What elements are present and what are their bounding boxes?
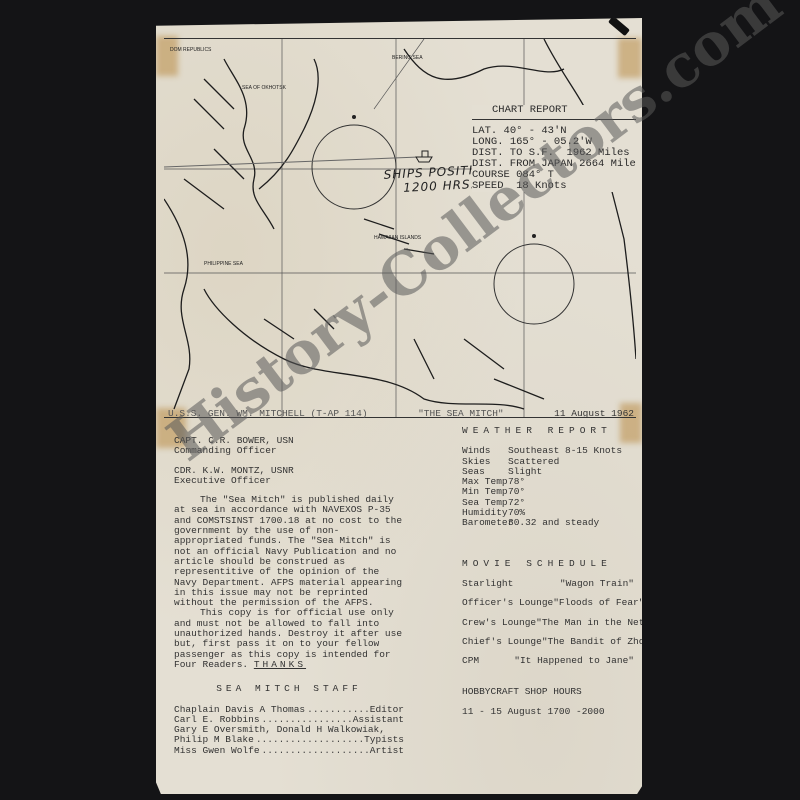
ship-name: U.S.S. GEN. WM. MITCHELL (T-AP 114) (168, 408, 368, 419)
staff-row: Miss Gwen Wolfe.........................… (174, 746, 404, 756)
chart-report-title: CHART REPORT (472, 105, 636, 120)
weather-title: WEATHER REPORT (462, 426, 634, 436)
movie-row: Chief's Lounge"The Bandit of Zhobe" (462, 637, 634, 647)
hobby-title: HOBBYCRAFT SHOP HOURS (462, 687, 634, 697)
chart-report: CHART REPORT LAT. 40° - 43'N LONG. 165° … (472, 105, 636, 192)
staff-row: Philip M Blake..........................… (174, 735, 404, 745)
movie-row: CPM"It Happened to Jane" (462, 656, 634, 666)
paper-clip-mark (608, 16, 630, 36)
svg-text:HAWAIIAN ISLANDS: HAWAIIAN ISLANDS (374, 235, 422, 241)
left-column: CAPT. C.R. BOWER, USN Commanding Officer… (174, 436, 404, 756)
movie-row: Officer's Lounge"Floods of Fear" (462, 598, 634, 608)
thanks-text: THANKS (254, 659, 306, 670)
map-drawing: DOM REPUBLICS SEA OF OKHOTSK BERING SEA … (164, 39, 636, 417)
svg-text:BERING SEA: BERING SEA (392, 55, 423, 61)
movie-row: Starlight"Wagon Train" (462, 579, 634, 589)
hobby-hours: 11 - 15 August 1700 -2000 (462, 707, 634, 717)
staff-title: SEA MITCH STAFF (174, 684, 404, 694)
chart-report-row: SPEED 18 Knots (472, 181, 636, 192)
officer-title: Executive Officer (174, 476, 404, 486)
movie-row: Crew's Lounge"The Man in the Net" (462, 618, 634, 628)
usage-paragraph: This copy is for official use only and m… (174, 608, 404, 670)
staff-row: Carl E. Robbins.........................… (174, 715, 404, 725)
weather-row: Barometer30.32 and steady (462, 518, 634, 528)
pacific-map: DOM REPUBLICS SEA OF OKHOTSK BERING SEA … (164, 38, 636, 418)
masthead: U.S.S. GEN. WM. MITCHELL (T-AP 114) "THE… (168, 408, 634, 419)
newsletter-page: DOM REPUBLICS SEA OF OKHOTSK BERING SEA … (156, 18, 642, 794)
staff-row: Chaplain Davis A Thomas.................… (174, 705, 404, 715)
newsletter-name: "THE SEA MITCH" (418, 408, 504, 419)
movie-title: MOVIE SCHEDULE (462, 559, 634, 569)
svg-text:PHILIPPINE SEA: PHILIPPINE SEA (204, 261, 244, 267)
svg-text:DOM REPUBLICS: DOM REPUBLICS (170, 47, 212, 53)
staff-row: Gary E Oversmith, Donald H Walkowiak, (174, 725, 404, 735)
right-column: WEATHER REPORT WindsSoutheast 8-15 Knots… (462, 426, 634, 717)
disclaimer-paragraph: The "Sea Mitch" is published daily at se… (174, 495, 404, 608)
svg-text:SEA OF OKHOTSK: SEA OF OKHOTSK (242, 85, 287, 91)
issue-date: 11 August 1962 (554, 408, 634, 419)
weather-row: SkiesScattered (462, 457, 634, 467)
officer-title: Commanding Officer (174, 446, 404, 456)
